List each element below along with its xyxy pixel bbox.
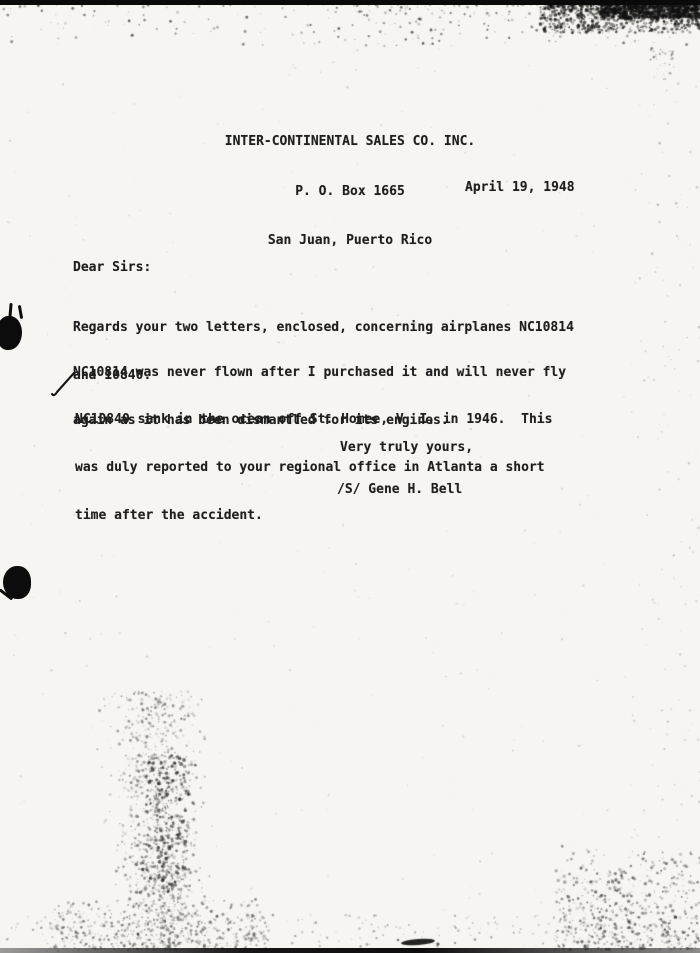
- company-po-box: P. O. Box 1665: [0, 184, 700, 201]
- company-name: INTER-CONTINENTAL SALES CO. INC.: [0, 134, 700, 151]
- ink-blot-upper-tick: [18, 305, 23, 319]
- salutation: Dear Sirs:: [73, 260, 151, 276]
- paragraph-line: NC10840 sank in the ocean off St. Homee,…: [75, 412, 552, 428]
- body-paragraph: NC10840 sank in the ocean off St. Homee,…: [75, 380, 552, 556]
- scanned-letter-page: INTER-CONTINENTAL SALES CO. INC. P. O. B…: [0, 0, 700, 953]
- ink-blot-upper: [0, 316, 22, 350]
- company-city: San Juan, Puerto Rico: [0, 233, 700, 250]
- date-line: April 19, 1948: [465, 180, 575, 196]
- scan-edge-top: [0, 0, 700, 5]
- paragraph-line: time after the accident.: [75, 508, 552, 524]
- complimentary-closing: Very truly yours,: [340, 440, 473, 456]
- letterhead: INTER-CONTINENTAL SALES CO. INC. P. O. B…: [0, 101, 700, 283]
- paragraph-line: NC10814 was never flown after I purchase…: [73, 365, 566, 381]
- paragraph-line: was duly reported to your regional offic…: [75, 460, 552, 476]
- signature-line: /S/ Gene H. Bell: [337, 482, 462, 498]
- checkmark-icon: [49, 371, 76, 402]
- scan-edge-bottom: [0, 948, 700, 953]
